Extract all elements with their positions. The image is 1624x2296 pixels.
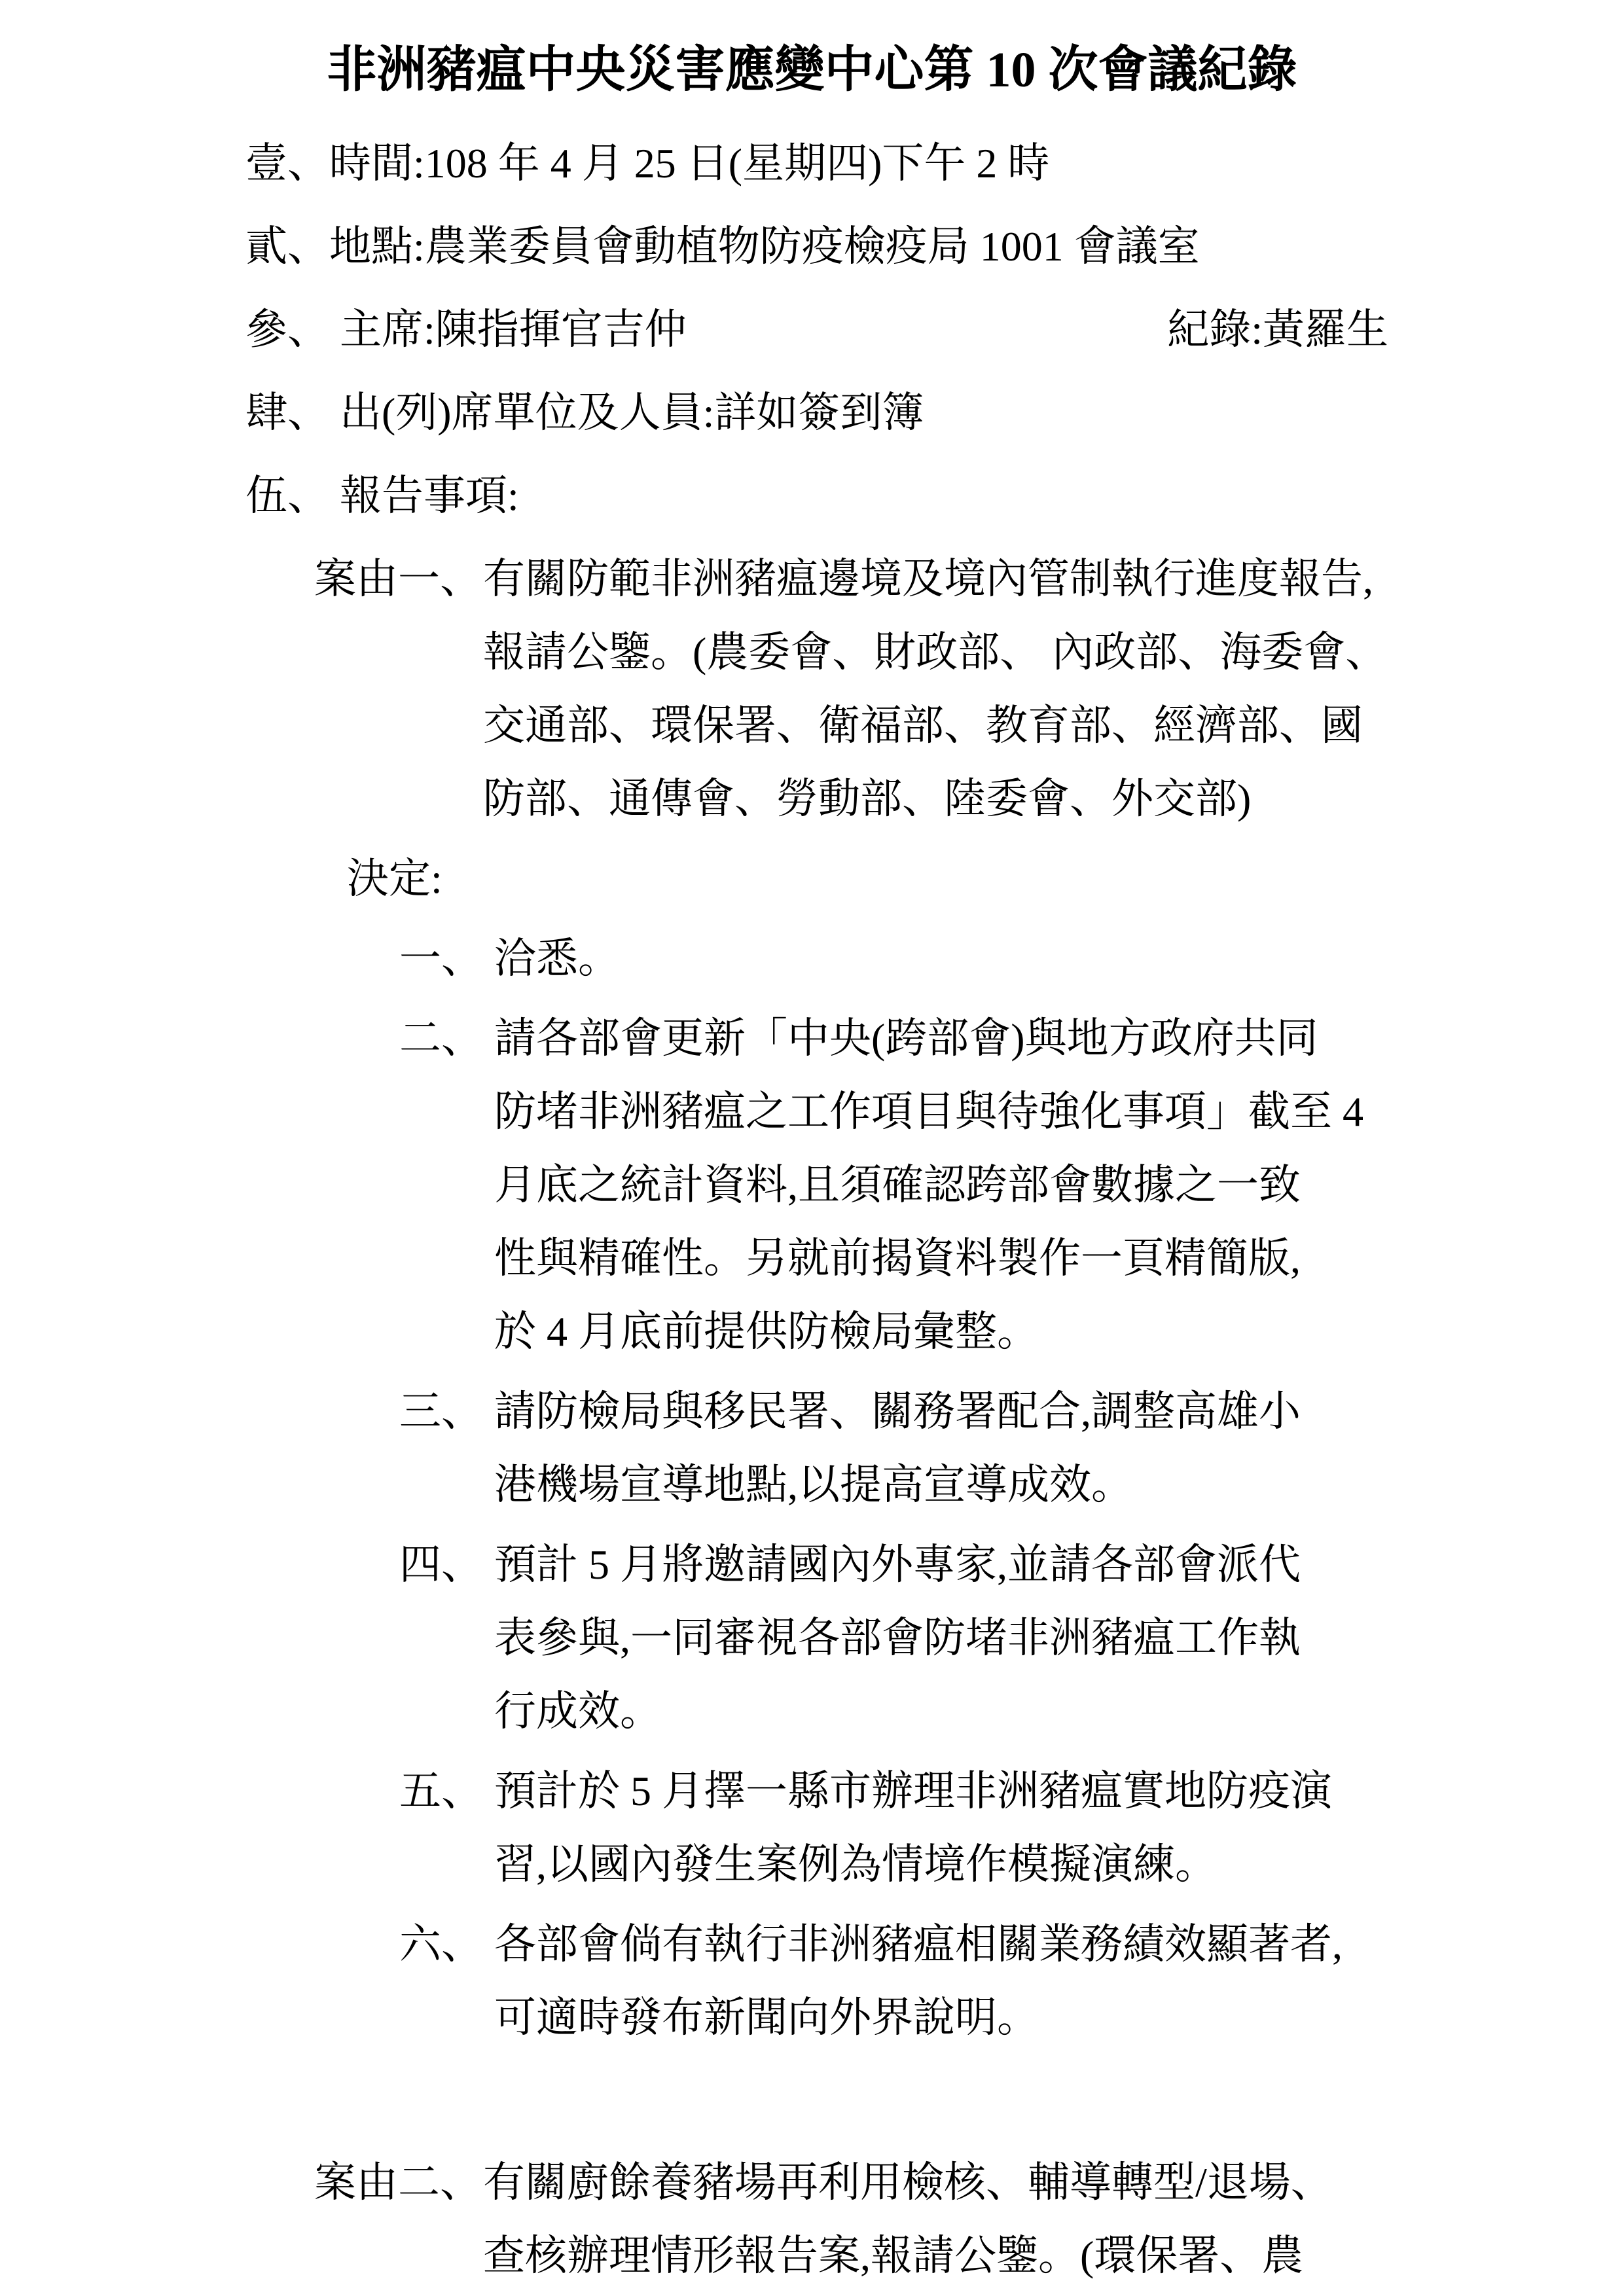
page-title: 非洲豬瘟中央災害應變中心第 10 次會議紀錄 <box>0 0 1624 113</box>
case-1-text: 有關防範非洲豬瘟邊境及境內管制執行進度報告, 報請公鑒。(農委會、財政部、 內政… <box>483 543 1415 836</box>
decision-item-4: 四、 預計 5 月將邀請國內外專家,並請各部會派代 表參與,一同審視各部會防堵非… <box>399 1528 1415 1748</box>
case-2-text: 有關廚餘養豬場再利用檢核、輔導轉型/退場、 查核辦理情形報告案,報請公鑒。(環保… <box>483 2146 1415 2293</box>
decision-6-number: 六、 <box>399 1908 494 2054</box>
document-body: 壹、時間:108 年 4 月 25 日(星期四)下午 2 時 貳、地點:農業委員… <box>0 113 1624 2293</box>
decision-2-number: 二、 <box>399 1002 494 1369</box>
decision-item-2: 二、 請各部會更新「中央(跨部會)與地方政府共同 防堵非洲豬瘟之工作項目與待強化… <box>399 1002 1415 1369</box>
decision-item-6: 六、 各部會倘有執行非洲豬瘟相關業務績效顯著者, 可適時發布新聞向外界說明。 <box>399 1908 1415 2054</box>
meta-attendees-text: 肆、 出(列)席單位及人員:詳如簽到簿 <box>245 376 924 450</box>
meta-time-text: 壹、時間:108 年 4 月 25 日(星期四)下午 2 時 <box>245 127 1049 200</box>
decision-item-5: 五、 預計於 5 月擇一縣市辦理非洲豬瘟實地防疫演 習,以國內發生案例為情境作模… <box>399 1755 1415 1901</box>
meta-line-location: 貳、地點:農業委員會動植物防疫檢疫局 1001 會議室 <box>245 210 1415 283</box>
case-2-number: 案由二、 <box>314 2146 483 2293</box>
decision-3-number: 三、 <box>399 1375 494 1522</box>
decision-5-number: 五、 <box>399 1755 494 1901</box>
case-2-paragraph: 案由二、 有關廚餘養豬場再利用檢核、輔導轉型/退場、 查核辦理情形報告案,報請公… <box>314 2146 1415 2293</box>
decision-5-text: 預計於 5 月擇一縣市辦理非洲豬瘟實地防疫演 習,以國內發生案例為情境作模擬演練… <box>494 1755 1415 1901</box>
meta-line-report-items: 伍、 報告事項: <box>245 459 1415 533</box>
meta-location-text: 貳、地點:農業委員會動植物防疫檢疫局 1001 會議室 <box>245 210 1200 283</box>
decision-6-text: 各部會倘有執行非洲豬瘟相關業務績效顯著者, 可適時發布新聞向外界說明。 <box>494 1908 1415 2054</box>
decision-4-number: 四、 <box>399 1528 494 1748</box>
decision-3-text: 請防檢局與移民署、關務署配合,調整高雄小 港機場宣導地點,以提高宣導成效。 <box>494 1375 1415 1522</box>
decision-4-text: 預計 5 月將邀請國內外專家,並請各部會派代 表參與,一同審視各部會防堵非洲豬瘟… <box>494 1528 1415 1748</box>
meta-line-attendees: 肆、 出(列)席單位及人員:詳如簽到簿 <box>245 376 1415 450</box>
meta-line-time: 壹、時間:108 年 4 月 25 日(星期四)下午 2 時 <box>245 127 1415 200</box>
meeting-minutes-page: 非洲豬瘟中央災害應變中心第 10 次會議紀錄 壹、時間:108 年 4 月 25… <box>0 0 1624 2296</box>
decision-1-text: 洽悉。 <box>494 922 1415 996</box>
decision-item-1: 一、 洽悉。 <box>399 922 1415 996</box>
decision-item-3: 三、 請防檢局與移民署、關務署配合,調整高雄小 港機場宣導地點,以提高宣導成效。 <box>399 1375 1415 1522</box>
meta-chair-text: 參、 主席:陳指揮官吉仲 <box>245 293 687 367</box>
decision-1-number: 一、 <box>399 922 494 996</box>
meta-recorder-text: 紀錄:黃羅生 <box>1167 293 1388 367</box>
meta-report-items-text: 伍、 報告事項: <box>245 459 519 533</box>
decision-2-text: 請各部會更新「中央(跨部會)與地方政府共同 防堵非洲豬瘟之工作項目與待強化事項」… <box>494 1002 1415 1369</box>
case-1-paragraph: 案由一、 有關防範非洲豬瘟邊境及境內管制執行進度報告, 報請公鑒。(農委會、財政… <box>314 543 1415 836</box>
decision-label: 決定: <box>347 842 1415 916</box>
meta-line-chair: 參、 主席:陳指揮官吉仲 紀錄:黃羅生 <box>245 293 1415 367</box>
case-1-number: 案由一、 <box>314 543 483 836</box>
